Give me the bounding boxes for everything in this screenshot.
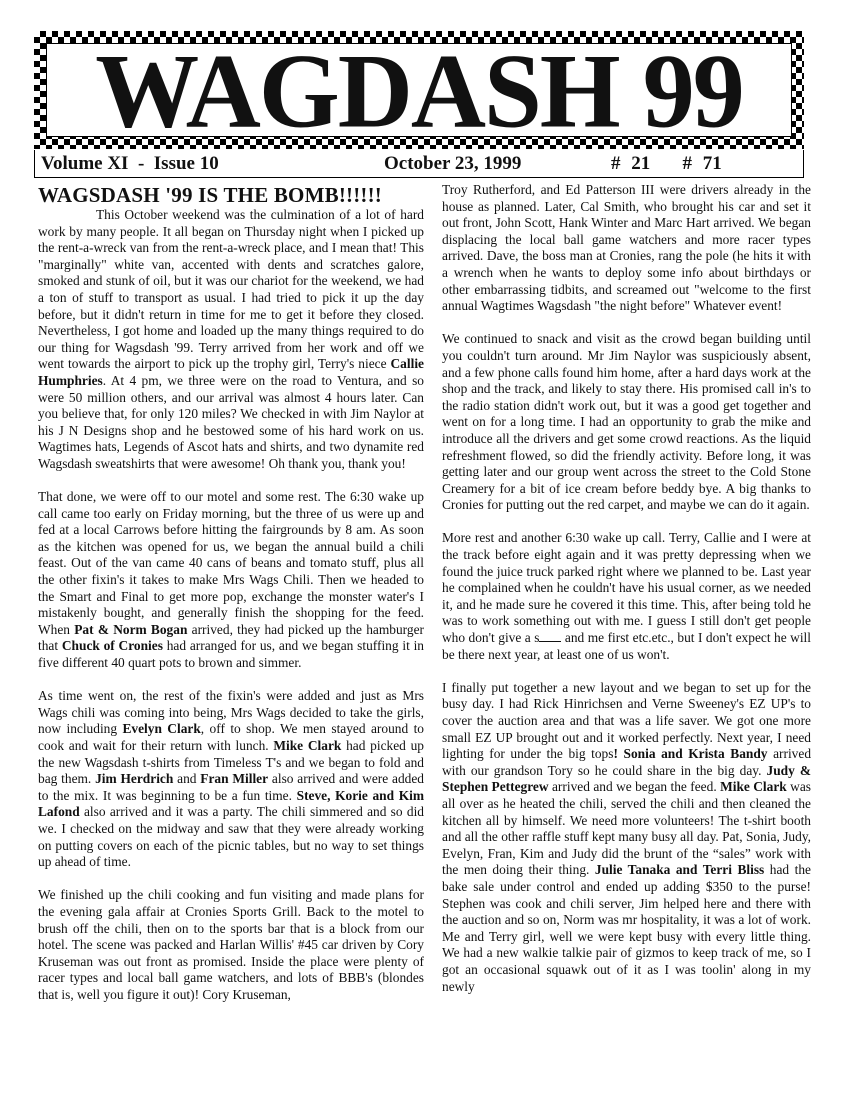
text-run: and: [173, 771, 200, 786]
bold-name: Chuck of Cronies: [62, 638, 163, 653]
car-numbers: # 21 # 71: [611, 150, 722, 177]
newsletter-title: WAGDASH 99: [95, 39, 742, 145]
issue-date: October 23, 1999: [384, 150, 521, 177]
article-paragraph: That done, we were off to our motel and …: [38, 489, 424, 672]
bold-name: ! Sonia and Krista Bandy: [613, 746, 767, 761]
text-run: Troy Rutherford, and Ed Patterson III we…: [442, 182, 811, 313]
article-paragraph: This October weekend was the culmination…: [38, 207, 424, 473]
bold-name: Fran Miller: [200, 771, 268, 786]
issue-info-bar: Volume XI - Issue 10 October 23, 1999 # …: [34, 150, 804, 178]
masthead-inner: WAGDASH 99: [46, 43, 792, 137]
bold-name: Evelyn Clark: [122, 721, 200, 736]
bold-name: Mike Clark: [273, 738, 341, 753]
right-column-paragraphs: Troy Rutherford, and Ed Patterson III we…: [442, 182, 811, 995]
bold-name: Jim Herdrich: [95, 771, 173, 786]
article-headline: WAGSDASH '99 IS THE BOMB!!!!!!: [38, 184, 424, 206]
left-column-paragraphs: This October weekend was the culmination…: [38, 207, 424, 1004]
article-paragraph: I finally put together a new layout and …: [442, 680, 811, 995]
article-paragraph: Troy Rutherford, and Ed Patterson III we…: [442, 182, 811, 315]
article-paragraph: We finished up the chili cooking and fun…: [38, 887, 424, 1003]
text-run: arrived and we began the feed.: [549, 779, 721, 794]
text-run: We continued to snack and visit as the c…: [442, 331, 811, 512]
article-paragraph: We continued to snack and visit as the c…: [442, 331, 811, 514]
bold-name: Mike Clark: [720, 779, 787, 794]
article-paragraph: More rest and another 6:30 wake up call.…: [442, 530, 811, 663]
bold-name: Julie Tanaka and Terri Bliss: [595, 862, 764, 877]
text-run: We finished up the chili cooking and fun…: [38, 887, 424, 1002]
left-column: WAGSDASH '99 IS THE BOMB!!!!!! This Octo…: [38, 182, 424, 1020]
text-run: More rest and another 6:30 wake up call.…: [442, 530, 811, 645]
article-paragraph: As time went on, the rest of the fixin's…: [38, 688, 424, 871]
censored-blank: [539, 630, 561, 642]
text-run: also arrived and it was a party. The chi…: [38, 804, 424, 869]
text-run: That done, we were off to our motel and …: [38, 489, 424, 637]
bold-name: Pat & Norm Bogan: [74, 622, 187, 637]
right-column: Troy Rutherford, and Ed Patterson III we…: [442, 182, 811, 1012]
text-run: This October weekend was the culmination…: [38, 207, 424, 371]
volume-issue: Volume XI - Issue 10: [41, 150, 219, 177]
masthead: WAGDASH 99: [34, 31, 804, 149]
text-run: had the bake sale under control and ende…: [442, 862, 811, 993]
